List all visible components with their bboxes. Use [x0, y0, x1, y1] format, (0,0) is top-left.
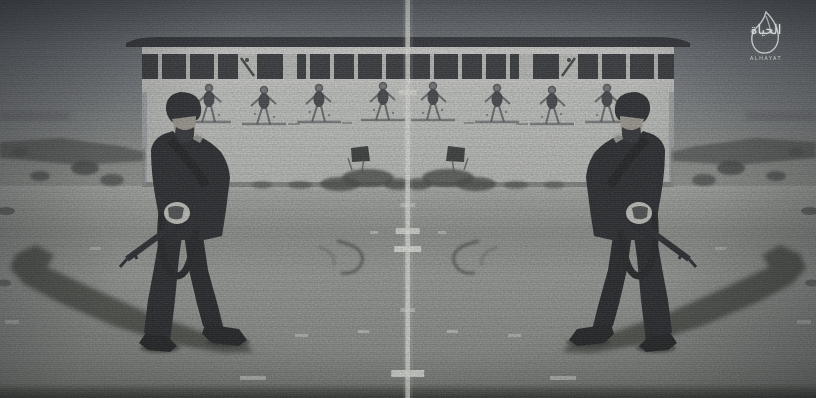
- grain-light: [0, 0, 816, 398]
- logo-calligraphy-text: الحياة: [734, 24, 798, 38]
- logo-wordmark: ALHAYAT: [734, 56, 798, 62]
- scanned-photo: الحياة ALHAYAT: [0, 0, 816, 398]
- photo-scene: [0, 0, 816, 398]
- alhayat-logo: الحياة ALHAYAT: [734, 8, 798, 72]
